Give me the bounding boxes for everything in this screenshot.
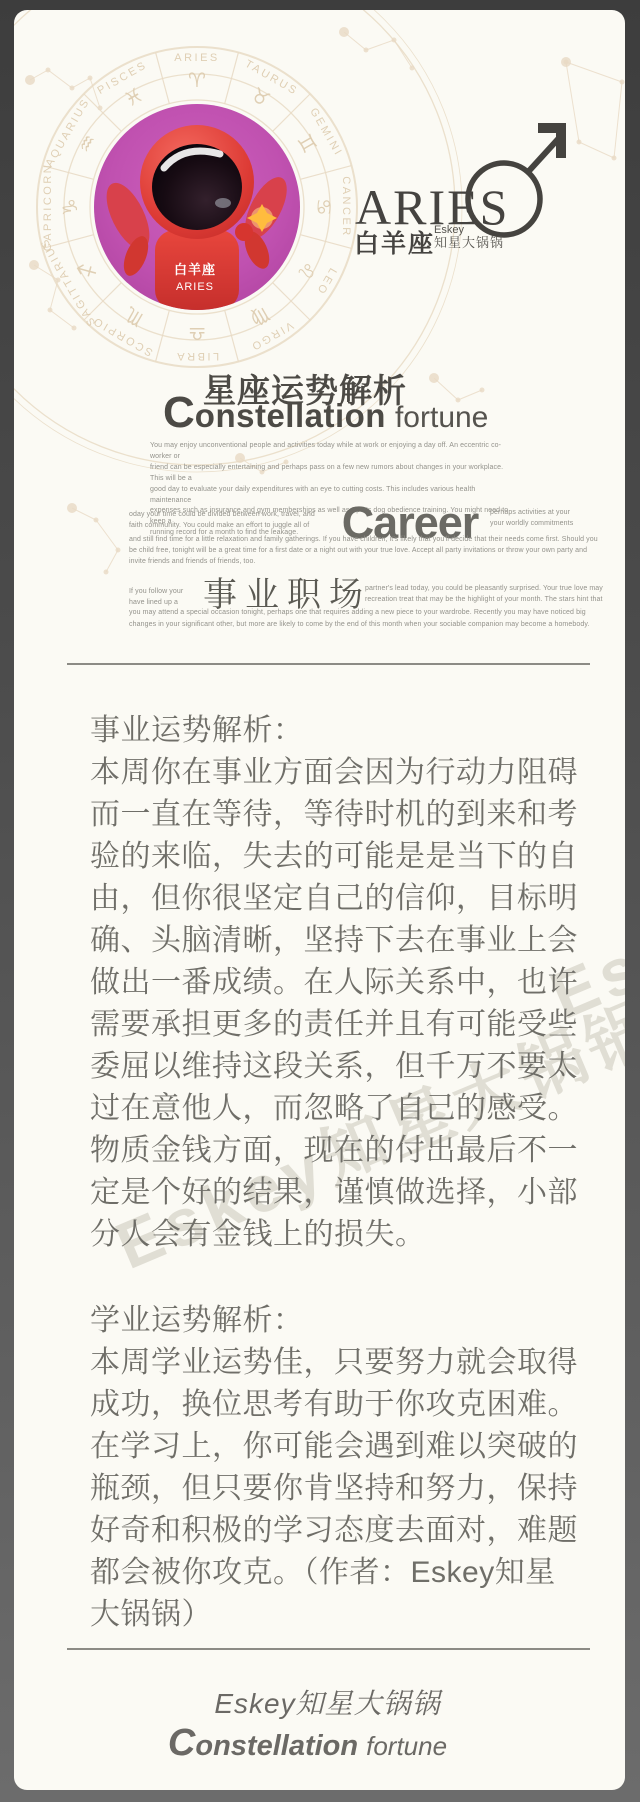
footer-logo-text: Constellationfortune [14,1724,613,1763]
divider-bottom [67,1648,590,1650]
svg-text:CAPRICORN: CAPRICORN [42,163,54,252]
svg-text:♒: ♒ [72,130,102,158]
footer-rest: onstellation [195,1730,358,1762]
brand-name-cn: 知星大锅锅 [434,236,504,250]
svg-text:♏: ♏ [120,302,148,332]
heading-initial: C [163,388,195,437]
svg-text:♈: ♈ [188,68,206,92]
mascot-visor [152,144,242,230]
mascot-shirt-text-en: ARIES [176,281,214,293]
footer: Eskey知星大锅锅 Constellationfortune [14,1682,625,1763]
svg-text:♐: ♐ [72,257,102,285]
brand-block: Eskey 知星大锅锅 [434,224,504,250]
svg-text:♌: ♌ [292,257,322,285]
divider-top [67,663,590,665]
career-paragraph-rest: and still find time for a little relaxat… [129,535,601,568]
svg-text:♊: ♊ [292,130,322,158]
svg-text:♋: ♋ [312,198,336,216]
svg-text:♉: ♉ [247,82,275,112]
svg-text:♑: ♑ [58,198,82,216]
heading-rest: onstellation [195,397,386,434]
mascot-right-hand [235,223,253,241]
career-fortune-text: 事业运势解析： 本周你在事业方面会因为行动力阻碍 而一直在等待，等待时机的到来和… [90,710,578,1256]
zodiac-title-cn: 白羊座 [354,224,435,260]
svg-text:CANCER: CANCER [340,176,352,237]
heading-tail: fortune [395,401,488,434]
footer-brand: Eskey知星大锅锅 [22,1682,625,1722]
footer-initial: C [168,1722,195,1764]
fortune-heading-en: Constellationfortune [163,391,488,435]
svg-text:♓: ♓ [120,82,148,112]
visor-reflection [215,198,231,208]
mascot-shirt-text-cn: 白羊座 [174,262,216,277]
aries-mascot-avatar: 白羊座 ARIES [94,104,300,310]
svg-text:LIBRA: LIBRA [175,350,219,362]
work-paragraph-rest: you may attend a special occasion tonigh… [129,607,601,631]
study-fortune-text: 学业运势解析： 本周学业运势佳，只要努力就会取得 成功，换位思考有助于你攻克困难… [90,1300,578,1636]
mascot-illustration: 白羊座 ARIES [94,104,300,310]
footer-tail: fortune [366,1731,447,1761]
svg-text:♎: ♎ [188,322,206,346]
svg-text:ARIES: ARIES [174,52,220,64]
poster-card: ♈ARIES♉TAURUS♊GEMINI♋CANCER♌LEO♍VIRGO♎LI… [14,10,625,1790]
svg-text:♍: ♍ [247,302,275,332]
